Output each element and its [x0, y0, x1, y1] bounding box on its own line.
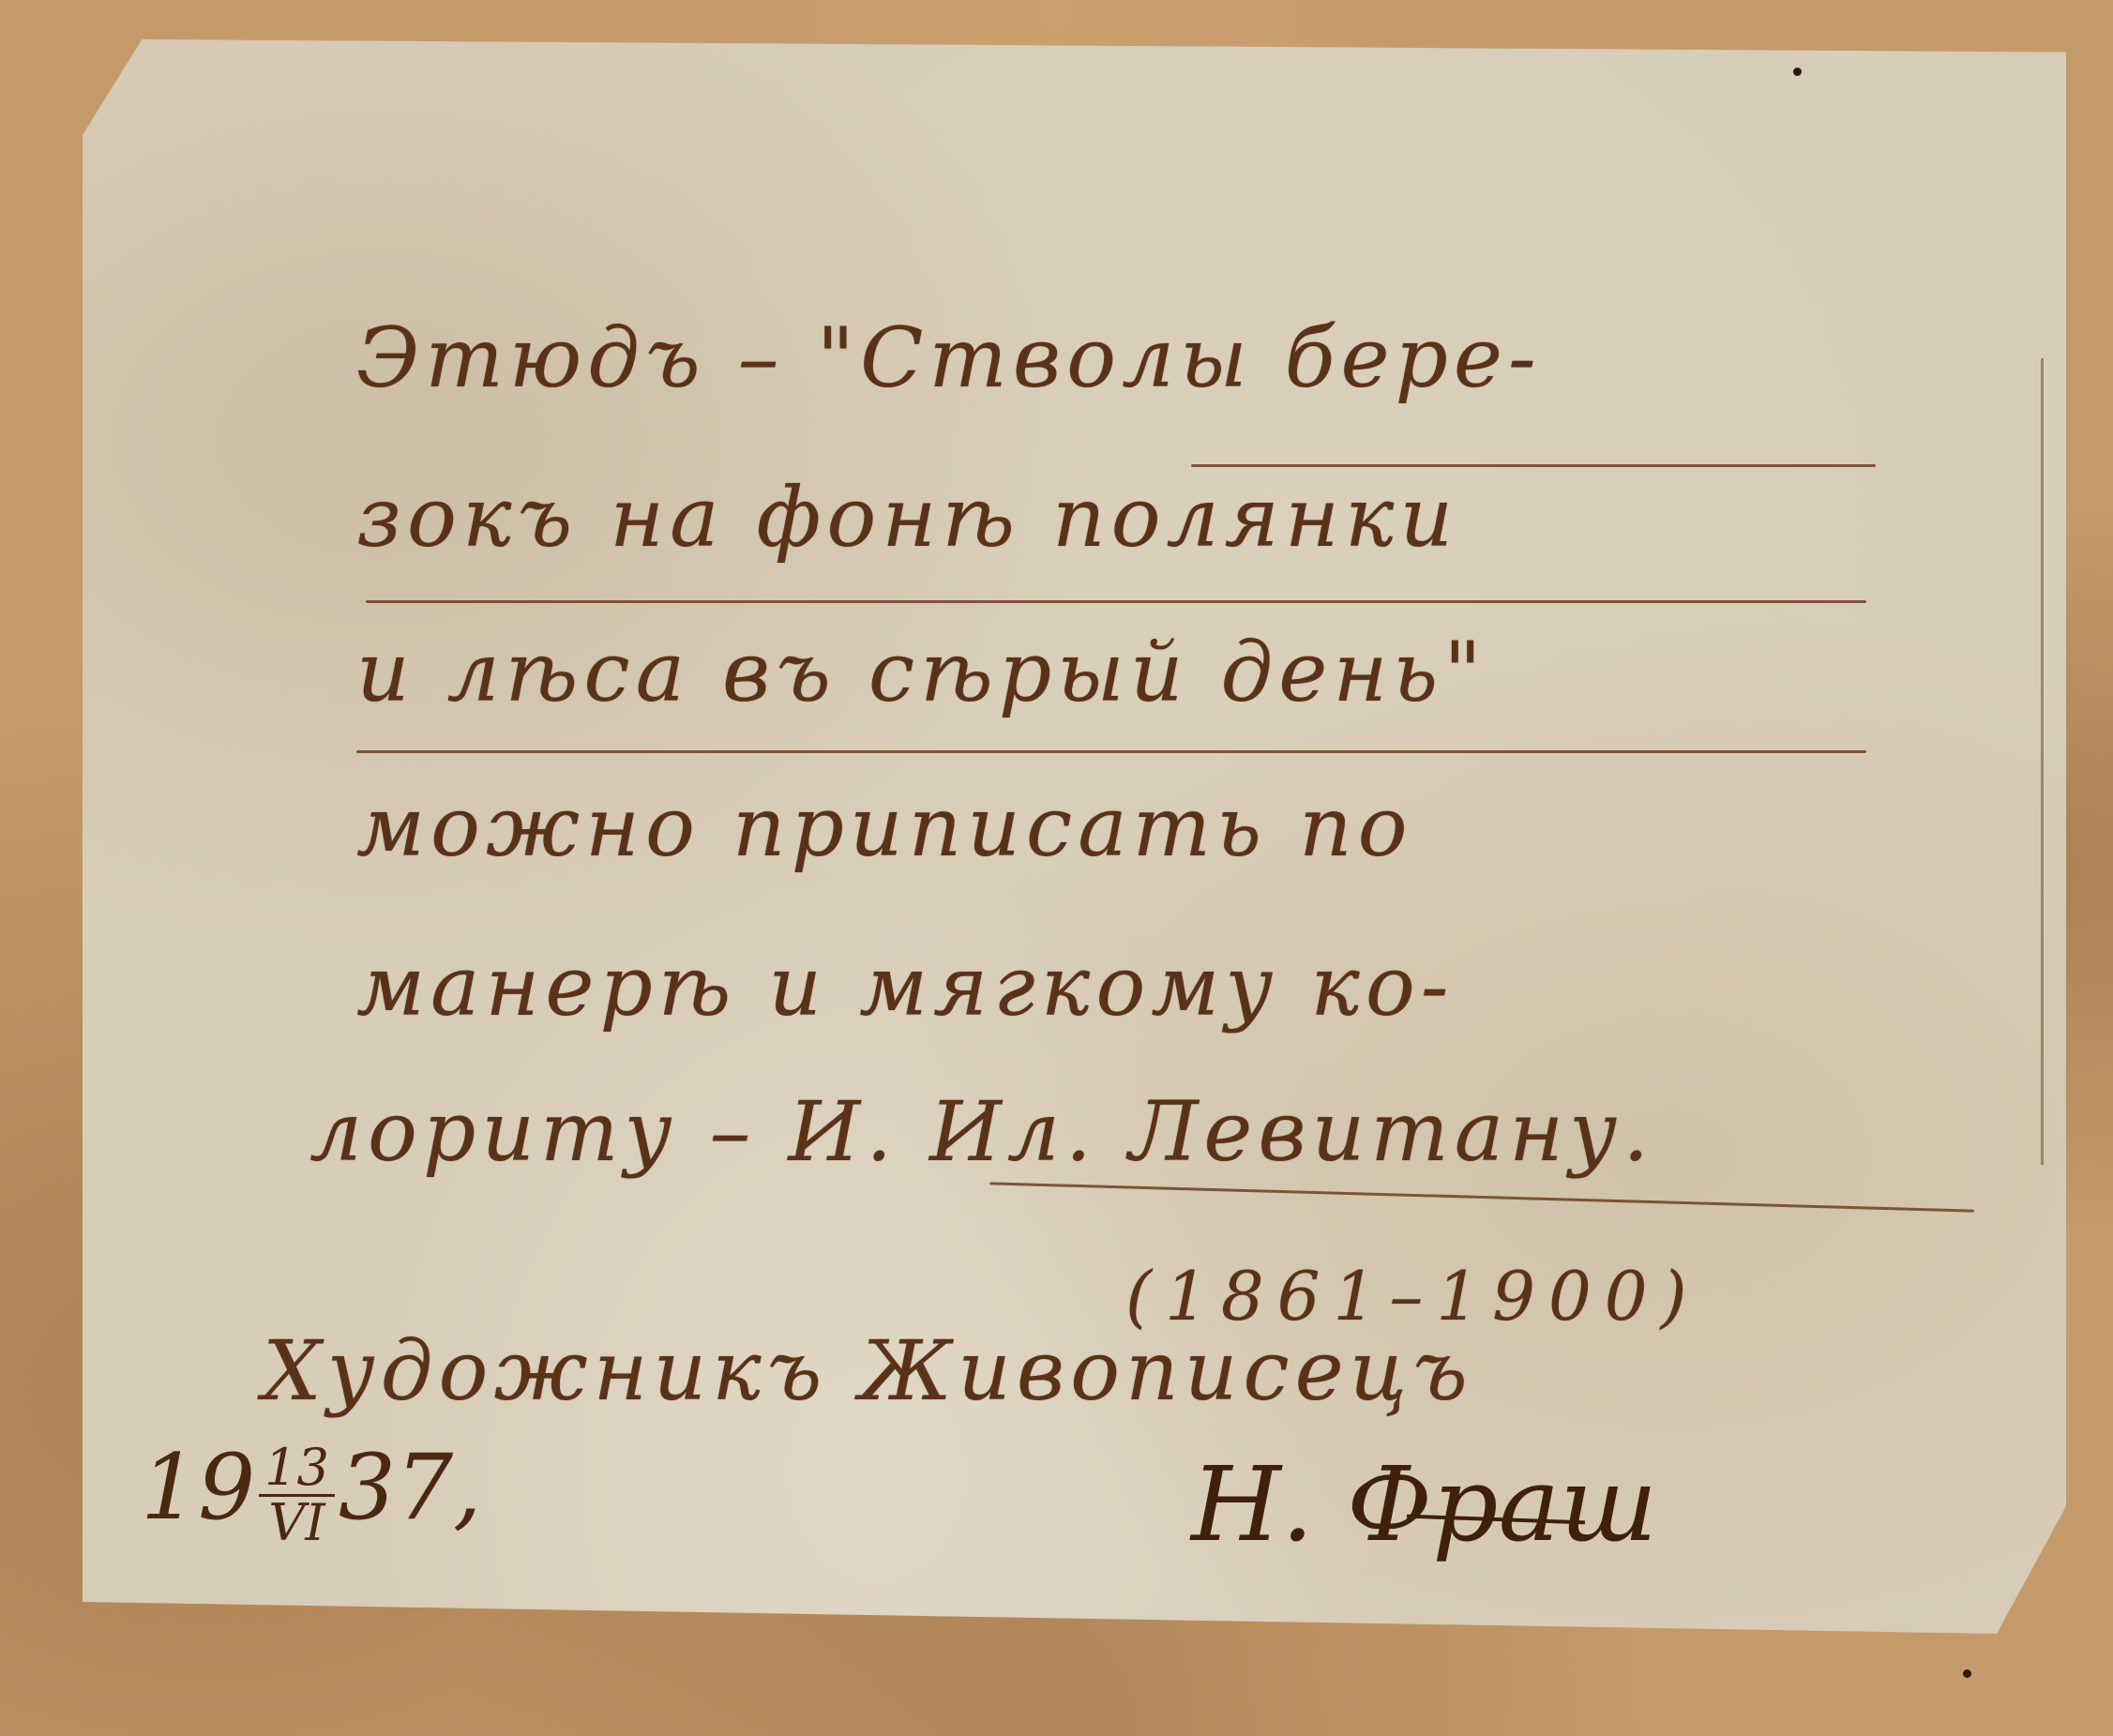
note-line-5: манерѣ и мягкому ко-	[356, 938, 1455, 1034]
title-underline-3	[356, 750, 1866, 753]
note-date: 1913VI37,	[141, 1435, 482, 1549]
ink-dot	[1793, 68, 1802, 76]
note-line-1: Этюдъ – "Стволы бере-	[356, 309, 1542, 406]
date-day-month: 13VI	[259, 1442, 335, 1549]
title-underline-2	[366, 600, 1866, 603]
note-line-4: можно приписать по	[356, 778, 1413, 875]
date-month: VI	[259, 1497, 335, 1549]
date-year: 37	[339, 1435, 453, 1540]
date-day: 13	[259, 1442, 335, 1497]
note-line-2: зокъ на фонѣ полянки	[356, 469, 1458, 566]
date-century: 19	[141, 1435, 255, 1540]
note-line-6: лориту – И. Ил. Левитану.	[309, 1083, 1654, 1180]
signature: Н. Фраш	[1191, 1444, 1657, 1564]
note-line-3: и лѣса въ сѣрый день"	[356, 624, 1487, 720]
title-underline-1	[1191, 464, 1876, 467]
paper-edge-mark	[2041, 358, 2044, 1165]
ink-dot	[1963, 1669, 1971, 1678]
note-line-8: Художникъ Живописецъ	[263, 1322, 1473, 1419]
